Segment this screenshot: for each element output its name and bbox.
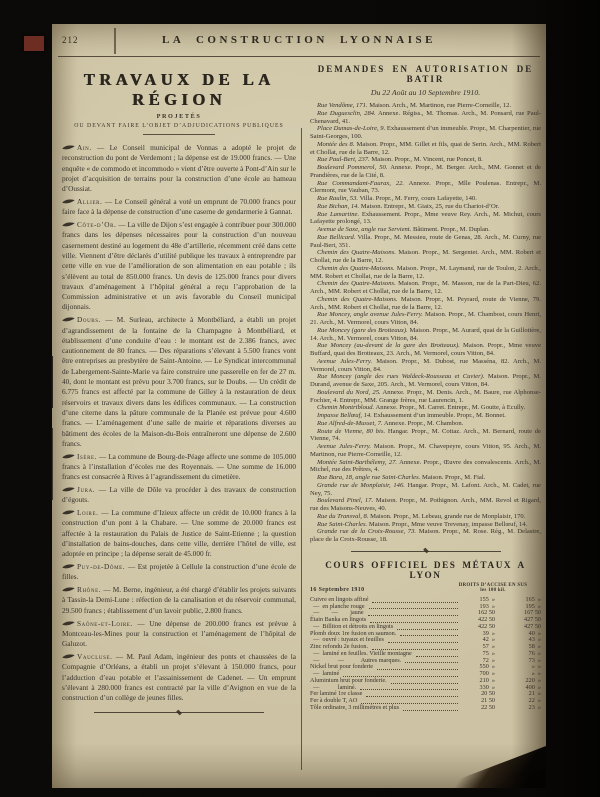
permit-entry-details: Maison. Propr., Mme veuve Trevenay, impa… (369, 521, 527, 528)
column-divider-rule (301, 128, 302, 770)
dotted-leader (400, 635, 458, 636)
permit-entry: Rue Moncey (au-devant de la gare des Bro… (310, 342, 541, 358)
street-name: Grande rue de la Croix-Rousse, 73. (317, 528, 416, 535)
street-name: Route de Vienne, 80 bis. (317, 428, 385, 435)
street-name: Rue Moncey (gare des Brotteaux). (317, 327, 408, 334)
section-title-metaux: COURS OFFICIEL DES MÉTAUX A LYON (310, 560, 541, 580)
permit-entry: Rue Paul-Bert, 237. Maison. Propr., M. V… (310, 156, 541, 164)
street-name: Montée Saint-Barthélemy, 27. (317, 459, 397, 466)
date-range-subtitle: Du 22 Août au 10 Septembre 1910. (310, 88, 541, 97)
leaf-ornament-icon (62, 143, 77, 152)
permit-entry-details: Maison. Entrepr., M. Giaix, 25, rue du C… (361, 203, 499, 210)
metal-label: Tôle ordinaire, 3 millimétres et plus (310, 705, 399, 712)
permit-entry-details: Bâtiment. Propr., M. Duplan. (413, 226, 490, 233)
street-name: Chemin Montribloud. (317, 404, 374, 411)
permit-entry: Boulevard Pommerol, 50. Annexe. Propr., … (310, 164, 541, 180)
permit-entry: Chemin des Quatre-Maisons. Maison. Propr… (310, 296, 541, 312)
street-name: Rue Bellicard. (317, 234, 355, 241)
metals-section-divider (351, 551, 501, 552)
region-item: Saône-et-Loire. — Une dépense de 200.000… (62, 619, 296, 650)
region-item-text: — La commune de Bourg-de-Péage affecte u… (62, 452, 296, 482)
permit-entry: Avenue de Saxe, angle rue Servient. Bâti… (310, 226, 541, 234)
permit-entry: Rue Raulin, 53. Villa. Propr., M. Ferry,… (310, 195, 541, 203)
dotted-leader (397, 629, 458, 630)
department-label: Saône-et-Loire. (77, 619, 133, 628)
permit-entry: Impasse Bellœuf, 14. Exhaussement d’un i… (310, 412, 541, 420)
short-rule (143, 134, 215, 135)
dotted-leader (369, 608, 458, 609)
dotted-leader (391, 683, 458, 684)
street-name: Boulevard Pommerol, 50. (317, 164, 387, 171)
scanned-journal-page: 212 LA CONSTRUCTION LYONNAISE TRAVAUX DE… (0, 0, 600, 797)
street-name: Rue Moncey, angle avenue Jules-Ferry. (317, 311, 423, 318)
permit-entry: Rue Commandant-Faurax, 22. Annexe. Propr… (310, 180, 541, 196)
leaf-ornament-icon (62, 197, 77, 206)
journal-masthead: LA CONSTRUCTION LYONNAISE (52, 34, 546, 46)
permit-entries-list: Rue Vendôme, 171. Maison. Arch., M. Mart… (310, 102, 541, 544)
dotted-leader (366, 696, 458, 697)
permit-entry-details: Maison. Propr., M. Vincent, rue Poncet, … (371, 156, 482, 163)
leaf-ornament-icon (62, 619, 77, 628)
permit-entry-details: Maison. Arch., M. Martinon, rue Pierre-C… (369, 102, 511, 109)
street-name: Chemin des Quatre-Maisons. (317, 296, 398, 303)
section-end-divider (94, 712, 264, 713)
section-subtitle-projetes: PROJETÉS (62, 113, 296, 120)
region-item-text: — La ville de Dôle va procéder à des tra… (62, 485, 296, 504)
metals-duty-note-line1: DROITS D’ACCISE EN SUS (459, 583, 527, 588)
permit-entry: Rue Moncey, angle avenue Jules-Ferry. Ma… (310, 311, 541, 327)
leaf-ornament-icon (62, 485, 77, 494)
metals-table-header: 16 Septembre 1910 DROITS D’ACCISE EN SUS… (310, 583, 541, 594)
street-name: Rue Alfred-de-Musset, 7. (317, 420, 383, 427)
street-name: Chemin des Quatre-Maisons. (317, 265, 395, 272)
dotted-leader (416, 656, 458, 657)
leaf-ornament-icon (62, 562, 77, 571)
region-item: Isère. — La commune de Bourg-de-Péage af… (62, 452, 296, 483)
street-name: Rue Duguesclin, 284. (317, 110, 376, 117)
paper-page: 212 LA CONSTRUCTION LYONNAISE TRAVAUX DE… (52, 24, 546, 788)
department-label: Rhône. (77, 585, 101, 594)
permit-entry: Chemin des Quatre-Maisons. Maison. Propr… (310, 265, 541, 281)
street-name: Rue Saint-Charles. (317, 521, 367, 528)
scan-streak-artifact (51, 428, 53, 500)
dotted-leader (360, 689, 458, 690)
dotted-leader (372, 602, 458, 603)
right-column: DEMANDES EN AUTORISATION DE BATIR Du 22 … (310, 64, 541, 712)
permit-entry: Place Dumas-de-Loire, 9. Exhaussement d’… (310, 125, 541, 141)
dotted-leader (405, 662, 458, 663)
region-item: Doubs. — M. Surleau, architecte à Montbé… (62, 315, 296, 449)
region-item: Côte-d’Or. — La ville de Dijon s’est eng… (62, 220, 296, 313)
street-name: Rue du Transval, 8. (317, 513, 368, 520)
metals-duty-note-line2: les 100 kil. (480, 588, 505, 593)
region-item: Puy-de-Dôme. — Est projetée à Cellule la… (62, 562, 296, 583)
permit-entry: Avenue Jules-Ferry. Maison. Propr., M. C… (310, 443, 541, 459)
permit-entry: Avenue Jules-Ferry. Maison. Propr., M. D… (310, 358, 541, 374)
region-item: Vaucluse. — M. Paul Adam, ingénieur des … (62, 652, 296, 703)
department-label: Côte-d’Or. (77, 220, 117, 229)
leaf-ornament-icon (62, 220, 77, 229)
metals-price-table: Cuivre en lingots affiné155 »165 » — en … (310, 597, 541, 712)
street-name: Rue Commandant-Faurax, 22. (317, 180, 404, 187)
street-name: Avenue Jules-Ferry. (317, 443, 371, 450)
permit-entry: Grande rue de la Croix-Rousse, 73. Maiso… (310, 528, 541, 544)
street-name: Boulevard du Nord, 25. (317, 389, 381, 396)
permit-entry: Rue Bellicard. Villa. Propr., M. Messieu… (310, 234, 541, 250)
permit-entry: Rue Saint-Charles. Maison. Propr., Mme v… (310, 521, 541, 529)
permit-entry-details: Annexe. Propr., M. Carret. Entrepr., M. … (375, 404, 525, 411)
permit-entry-details: Exhaussement d’un immeuble. Propr., M. B… (374, 412, 506, 419)
region-item-text: — La ville de Dijon s’est engagée à cont… (62, 220, 296, 311)
region-item: Ain. — Le Conseil municipal de Vonnas a … (62, 143, 296, 194)
header-rule (58, 56, 540, 57)
leaf-ornament-icon (62, 652, 77, 661)
street-name: Montée des 8. (317, 141, 354, 148)
permit-entry: Rue Bara, 18, angle rue Saint-Charles. M… (310, 474, 541, 482)
metal-price-row: Nickel brut pour fonderie550 »» » (310, 664, 541, 671)
department-label: Doubs. (77, 315, 101, 324)
permit-entry: Rue Lamartine. Exhaussement. Propr., Mme… (310, 211, 541, 227)
left-column: TRAVAUX DE LA RÉGION PROJETÉS OU DEVANT … (62, 68, 296, 720)
street-name: Rue Raulin, 53. (317, 195, 358, 202)
region-item-text: — Le Conseil municipal de Vonnas a adopt… (62, 143, 296, 193)
permit-entry: Route de Vienne, 80 bis. Hangar. Propr.,… (310, 428, 541, 444)
department-label: Allier. (77, 197, 102, 206)
permit-entry: Boulevard Pinel, 17. Maison. Propr., M. … (310, 497, 541, 513)
permit-entry: Rue Alfred-de-Musset, 7. Annexe. Propr.,… (310, 420, 541, 428)
street-name: Avenue de Saxe, angle rue Servient. (317, 226, 411, 233)
street-name: Rue Bara, 18, angle rue Saint-Charles. (317, 474, 420, 481)
street-name: Impasse Bellœuf, 14. (317, 412, 372, 419)
dotted-leader (368, 615, 458, 616)
street-name: Rue Moncey (angle des rues Waldeck-Rouss… (317, 373, 484, 380)
permit-entry-details: Maison. Propr., M. Lebeau, grande rue de… (370, 513, 525, 520)
region-item: Jura. — La ville de Dôle va procéder à d… (62, 485, 296, 506)
street-name: Grande rue de Monplaisir, 146. (317, 482, 405, 489)
region-item: Allier. — Le Conseil général a voté un e… (62, 197, 296, 218)
department-label: Ain. (77, 143, 92, 152)
department-label: Loire. (77, 508, 99, 517)
street-name: Rue Lamartine. (317, 211, 359, 218)
permit-entry: Rue Bichan, 14. Maison. Entrepr., M. Gia… (310, 203, 541, 211)
street-name: Rue Paul-Bert, 237. (317, 156, 370, 163)
dotted-leader (403, 710, 458, 711)
region-item-text: — M. Surleau, architecte à Montbéliard, … (62, 315, 296, 448)
permit-entry: Boulevard du Nord, 25. Annexe. Propr., M… (310, 389, 541, 405)
section-subtitle-adjudications: OU DEVANT FAIRE L’OBJET D’ADJUDICATIONS … (62, 123, 296, 129)
permit-entry-details: Maison. Propr., M. Fial. (422, 474, 485, 481)
department-label: Isère. (77, 452, 97, 461)
leaf-ornament-icon (62, 315, 77, 324)
metal-price-row: Tôle ordinaire, 3 millimétres et plus22 … (310, 705, 541, 712)
permit-entry: Rue du Transval, 8. Maison. Propr., M. L… (310, 513, 541, 521)
street-name: Place Dumas-de-Loire, 9. (317, 125, 385, 132)
permit-entry-details: Annexe. Propr., M. Chambon. (384, 420, 464, 427)
department-label: Puy-de-Dôme. (77, 562, 125, 571)
permit-entry: Rue Moncey (gare des Brotteaux). Maison.… (310, 327, 541, 343)
street-name: Avenue Jules-Ferry. (317, 358, 372, 365)
permit-entry: Chemin Montribloud. Annexe. Propr., M. C… (310, 404, 541, 412)
street-name: Rue Bichan, 14. (317, 203, 359, 210)
region-items-list: Ain. — Le Conseil municipal de Vonnas a … (62, 143, 296, 703)
leaf-ornament-icon (62, 508, 77, 517)
dotted-leader (377, 669, 458, 670)
permit-entry: Chemin des Quatre-Maisons. Maison. Propr… (310, 249, 541, 265)
scan-streak-artifact (51, 356, 53, 408)
street-name: Rue Moncey (au-devant de la gare des Bro… (317, 342, 460, 349)
street-name: Rue Vendôme, 171. (317, 102, 368, 109)
permit-entry: Rue Moncey (angle des rues Waldeck-Rouss… (310, 373, 541, 389)
region-item: Rhône. — M. Berne, ingénieur, a été char… (62, 585, 296, 616)
department-label: Jura. (77, 485, 95, 494)
permit-entry: Chemin des Quatre-Maisons. Maison. Propr… (310, 280, 541, 296)
street-name: Chemin des Quatre-Maisons. (317, 249, 396, 256)
permit-entry: Montée des 8. Maison. Propr., MM. Gillet… (310, 141, 541, 157)
scan-tick-mark (114, 28, 116, 54)
department-label: Vaucluse. (77, 652, 113, 661)
street-name: Chemin des Quatre-Maisons. (317, 280, 396, 287)
price-column-1: 22 50 (461, 705, 495, 712)
permit-entry: Rue Duguesclin, 284. Annexe. Régiss., M.… (310, 110, 541, 126)
region-item: Loire. — La commune d’Izieux affecte un … (62, 508, 296, 559)
section-title-travaux: TRAVAUX DE LA RÉGION (62, 70, 296, 110)
permit-entry-details: Villa. Propr., M. Ferry, cours Lafayette… (360, 195, 477, 202)
scan-color-patch (24, 36, 44, 51)
leaf-ornament-icon (62, 452, 77, 461)
street-name: Boulevard Pinel, 17. (317, 497, 373, 504)
section-title-demandes: DEMANDES EN AUTORISATION DE BATIR (310, 64, 541, 84)
leaf-ornament-icon (62, 585, 77, 594)
permit-entry: Montée Saint-Barthélemy, 27. Annexe. Pro… (310, 459, 541, 475)
permit-entry: Grande rue de Monplaisir, 146. Hangar. P… (310, 482, 541, 498)
metals-duty-note: DROITS D’ACCISE EN SUS les 100 kil. (445, 583, 541, 594)
price-column-2: 23 » (495, 705, 541, 712)
permit-entry: Rue Vendôme, 171. Maison. Arch., M. Mart… (310, 102, 541, 110)
dotted-leader (388, 642, 458, 643)
metals-date: 16 Septembre 1910 (310, 583, 364, 593)
